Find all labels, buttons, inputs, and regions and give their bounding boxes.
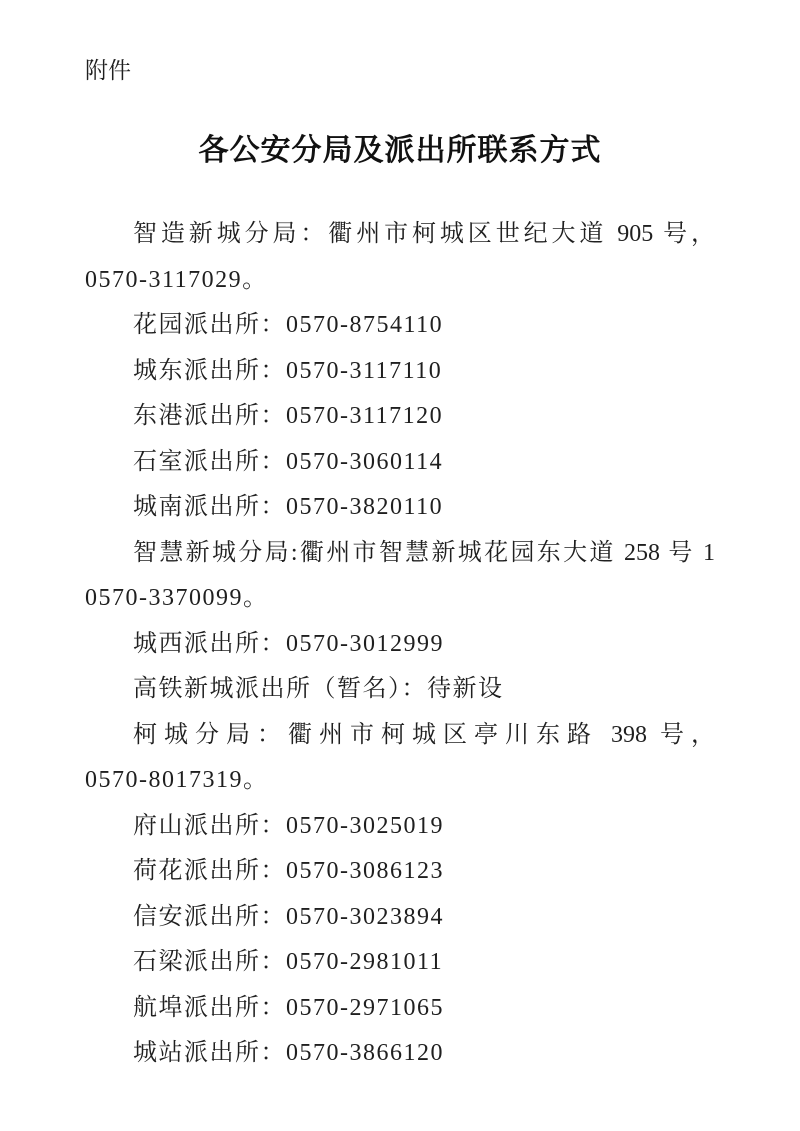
contact-line: 东港派出所：0570-3117120 xyxy=(85,394,715,440)
contact-line: 城东派出所：0570-3117110 xyxy=(85,349,715,395)
page-content: 附件 各公安分局及派出所联系方式 智造新城分局：衢州市柯城区世纪大道 905 号… xyxy=(0,0,800,1077)
contact-line: 城西派出所：0570-3012999 xyxy=(85,622,715,668)
contact-line: 智慧新城分局:衢州市智慧新城花园东大道 258 号 1 幢， xyxy=(85,531,715,577)
contact-line: 花园派出所：0570-8754110 xyxy=(85,303,715,349)
contact-line: 高铁新城派出所（暂名）：待新设 xyxy=(85,667,715,713)
contact-line: 0570-3370099。 xyxy=(85,576,715,622)
contact-line: 0570-8017319。 xyxy=(85,758,715,804)
contact-line: 府山派出所：0570-3025019 xyxy=(85,804,715,850)
contact-line: 城南派出所：0570-3820110 xyxy=(85,485,715,531)
contact-line: 石室派出所：0570-3060114 xyxy=(85,440,715,486)
contact-line: 柯城分局：衢州市柯城区亭川东路 398 号， xyxy=(85,713,715,759)
page-title: 各公安分局及派出所联系方式 xyxy=(85,132,715,170)
contact-line: 石梁派出所：0570-2981011 xyxy=(85,940,715,986)
document-page: 附件 各公安分局及派出所联系方式 智造新城分局：衢州市柯城区世纪大道 905 号… xyxy=(0,0,800,1131)
contact-line: 航埠派出所：0570-2971065 xyxy=(85,986,715,1032)
contact-line: 城站派出所：0570-3866120 xyxy=(85,1031,715,1077)
attachment-label: 附件 xyxy=(85,58,715,82)
contact-line: 0570-3117029。 xyxy=(85,258,715,304)
contact-line: 信安派出所：0570-3023894 xyxy=(85,895,715,941)
contact-lines: 智造新城分局：衢州市柯城区世纪大道 905 号，0570-3117029。花园派… xyxy=(85,212,715,1077)
contact-line: 智造新城分局：衢州市柯城区世纪大道 905 号， xyxy=(85,212,715,258)
contact-line: 荷花派出所：0570-3086123 xyxy=(85,849,715,895)
